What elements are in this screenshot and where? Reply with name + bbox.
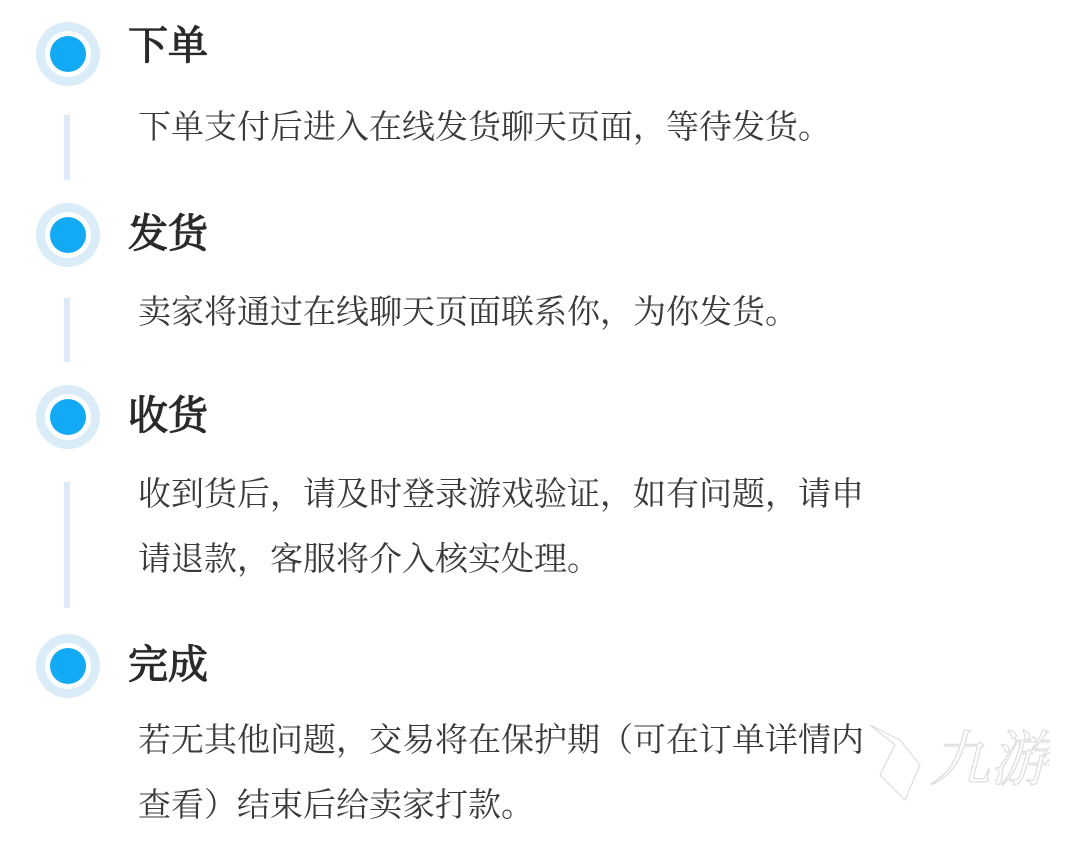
step-desc: 收到货后，请及时登录游戏验证，如有问题，请申 [138, 461, 1038, 527]
svg-text:九游: 九游 [930, 725, 1050, 795]
step-dot-icon [36, 385, 100, 449]
step-title: 发货 [128, 210, 208, 258]
step-title: 完成 [128, 641, 208, 689]
step-dot-icon [36, 22, 100, 86]
step-desc: 下单支付后进入在线发货聊天页面，等待发货。 [138, 94, 1038, 160]
watermark-logo-icon: 九游 [850, 705, 1050, 815]
step-dot-icon [36, 634, 100, 698]
step-title: 收货 [128, 392, 208, 440]
timeline-connector [64, 482, 70, 608]
step-desc: 卖家将通过在线聊天页面联系你，为你发货。 [138, 279, 1038, 345]
step-title: 下单 [128, 22, 208, 70]
timeline-connector [64, 298, 70, 362]
timeline-connector [64, 115, 70, 180]
step-desc: 请退款，客服将介入核实处理。 [138, 526, 1038, 592]
step-dot-icon [36, 203, 100, 267]
